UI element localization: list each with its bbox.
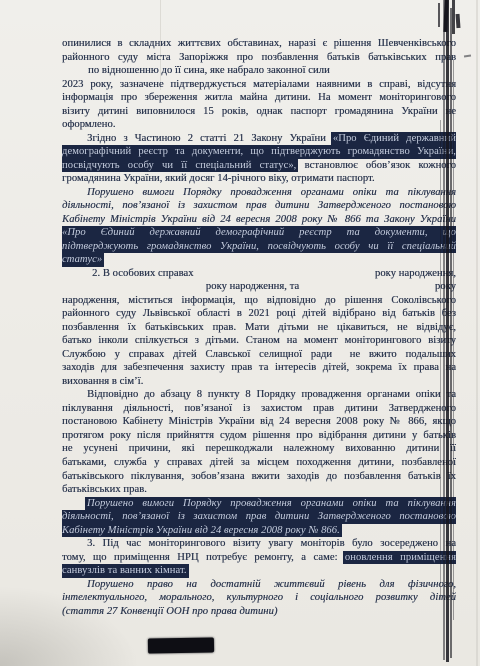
text-line: районного суду міста Запоріжжя про позба… — [62, 51, 456, 65]
scan-fold-line — [446, 0, 449, 662]
text-segment: народження, міститься інформація, що від… — [62, 295, 456, 306]
text-segment: Порушено вимоги Порядку провадження орга… — [87, 187, 456, 198]
text-line: заходів для забезпечення захисту прав та… — [62, 361, 456, 375]
text-line: статус» — [62, 253, 456, 267]
text-line: санвузлів та ванних кімнат. — [62, 564, 456, 578]
text-line: оформлено. — [62, 118, 456, 132]
text-segment: 3. Під час моніторингового візиту увагу … — [87, 538, 456, 549]
text-line: 2023 року, зазначене підтверджується мат… — [62, 78, 456, 92]
highlighted-passage: демографічний реєстр та документи, що пі… — [62, 146, 456, 157]
text-line: підтверджують громадянство України, посв… — [62, 240, 456, 254]
scan-fold-line — [440, 120, 441, 600]
scan-scratch — [456, 14, 461, 28]
text-segment: піклування діяльності, пов’язаної із зах… — [62, 403, 456, 414]
text-segment: Кабінету Міністрів України від 24 вересн… — [62, 214, 456, 225]
text-segment: заходів для забезпечення захисту прав та… — [62, 362, 456, 373]
text-line: батько інколи спілкується з дітьми. Стан… — [62, 334, 456, 348]
text-segment: по відношенню до її сина, яке набрало за… — [88, 65, 330, 76]
text-segment: Згідно з Частиною 2 статті 21 Закону Укр… — [87, 133, 333, 144]
text-line: батьківських прав. — [62, 483, 456, 497]
text-line: 3. Під час моніторингового візиту увагу … — [62, 537, 456, 551]
text-line: піклування діяльності, пов’язаної із зах… — [62, 402, 456, 416]
text-segment: встановлює обов’язок кожного — [296, 160, 456, 171]
scan-fold-line — [453, 60, 454, 620]
text-line: року народження, тароку — [62, 280, 456, 294]
text-line: позбавлення їх батьківських прав. Мати д… — [62, 321, 456, 335]
text-line: Порушено вимоги Порядку провадження орга… — [62, 186, 456, 200]
text-line: 2. В особових справахроку народження, — [62, 267, 456, 281]
text-segment: Відповідно до абзацу 8 пункту 8 Порядку … — [87, 389, 456, 400]
text-segment: Службою у справах дітей Славської селищн… — [62, 349, 456, 360]
text-segment: протягом року після прийняття судом ріше… — [62, 430, 456, 441]
text-line: постановою Кабінету Міністрів України ві… — [62, 415, 456, 429]
scan-scratch — [438, 3, 440, 27]
highlighted-passage: посвідчують особу чи її спеціальний стат… — [62, 160, 296, 171]
text-line: громадянина України, який досяг 14-річно… — [62, 172, 456, 186]
highlighted-passage: підтверджують громадянство України, посв… — [62, 241, 456, 252]
highlighted-passage: санвузлів та ванних кімнат. — [62, 565, 187, 576]
text-segment: батьками, служба у справах дітей за місц… — [62, 457, 456, 468]
text-line: Кабінету Міністрів України від 24 вересн… — [62, 213, 456, 227]
text-line: протягом року після прийняття судом ріше… — [62, 429, 456, 443]
highlighted-passage: «Про Єдиний державний демографічний реєс… — [62, 227, 456, 238]
text-line: не усунені причини, які перешкоджали нал… — [62, 442, 456, 456]
redaction-bar — [148, 637, 214, 653]
text-segment: районного суду міста Запоріжжя про позба… — [62, 52, 456, 63]
highlighted-passage: «Про Єдиний державний — [333, 133, 456, 144]
text-line: Службою у справах дітей Славської селищн… — [62, 348, 456, 362]
text-segment: батько інколи спілкується з дітьми. Стан… — [62, 335, 456, 346]
scan-fold-line — [443, 0, 445, 660]
text-line: районного суду Львівської області в 2021… — [62, 307, 456, 321]
text-line: тому, що приміщення НРЦ потребує ремонту… — [62, 551, 456, 565]
text-line: батьками, служба у справах дітей за місц… — [62, 456, 456, 470]
text-segment: року народження, та — [206, 280, 299, 294]
text-segment: батьківських прав. — [62, 484, 147, 495]
text-line: по відношенню до її сина, яке набрало за… — [62, 64, 456, 78]
text-segment: 2. В особових справах — [92, 267, 193, 281]
text-line: батьківського піклування, зобов’язана вж… — [62, 470, 456, 484]
highlighted-passage: Кабінету Міністрів України від 24 вересн… — [62, 525, 340, 536]
page-corner-shadow — [0, 586, 140, 666]
highlighted-passage: Порушено вимоги Порядку провадження орга… — [87, 498, 456, 509]
scan-streak — [476, 0, 478, 666]
text-line: Згідно з Частиною 2 статті 21 Закону Укр… — [62, 132, 456, 146]
text-segment: виховання в сім’ї. — [62, 376, 143, 387]
text-segment: 2023 року, зазначене підтверджується мат… — [62, 79, 456, 90]
scan-fold-line — [450, 8, 452, 658]
text-segment: батьківського піклування, зобов’язана вж… — [62, 471, 456, 482]
text-line: «Про Єдиний державний демографічний реєс… — [62, 226, 456, 240]
text-segment: постановою Кабінету Міністрів України ві… — [62, 416, 456, 427]
text-segment: діяльності, пов’язаної із захистом прав … — [62, 200, 456, 211]
text-segment: оформлено. — [62, 119, 115, 130]
text-segment: районного суду Львівської області в 2021… — [62, 308, 456, 319]
text-line: демографічний реєстр та документи, що пі… — [62, 145, 456, 159]
scan-scratch — [464, 55, 471, 58]
text-line: інформація про збереження житла майна ди… — [62, 91, 456, 105]
document-text: опинилися в складних життєвих обставинах… — [62, 37, 456, 618]
text-segment: інформація про збереження житла майна ди… — [62, 92, 456, 103]
redaction-gap — [62, 280, 70, 294]
text-line: виховання в сім’ї. — [62, 375, 456, 389]
text-line: діяльності, пов’язаної із захистом прав … — [62, 510, 456, 524]
text-line: Відповідно до абзацу 8 пункту 8 Порядку … — [62, 388, 456, 402]
text-line: діяльності, пов’язаної із захистом прав … — [62, 199, 456, 213]
text-segment: тому, що приміщення НРЦ потребує ремонту… — [62, 552, 345, 563]
text-segment: громадянина України, який досяг 14-річно… — [62, 173, 375, 184]
text-line: народження, міститься інформація, що від… — [62, 294, 456, 308]
text-line: візиту дитині виповнилося 15 років, одна… — [62, 105, 456, 119]
text-segment: опинилися в складних життєвих обставинах… — [62, 38, 456, 49]
highlighted-passage: діяльності, пов’язаної із захистом прав … — [62, 511, 456, 522]
text-line: опинилися в складних життєвих обставинах… — [62, 37, 456, 51]
text-line: Порушено вимоги Порядку провадження орга… — [62, 497, 456, 511]
scan-scratch — [452, 0, 455, 34]
text-segment: візиту дитині виповнилося 15 років, одна… — [62, 106, 456, 117]
text-line: посвідчують особу чи її спеціальний стат… — [62, 159, 456, 173]
highlighted-passage: статус» — [62, 254, 102, 265]
document-page: опинилися в складних життєвих обставинах… — [0, 0, 480, 666]
text-segment: позбавлення їх батьківських прав. Мати д… — [62, 322, 456, 333]
text-segment: Порушено право на достатній життєвий рів… — [87, 579, 456, 590]
text-line: Кабінету Міністрів України від 24 вересн… — [62, 524, 456, 538]
text-segment: не усунені причини, які перешкоджали нал… — [62, 443, 456, 454]
